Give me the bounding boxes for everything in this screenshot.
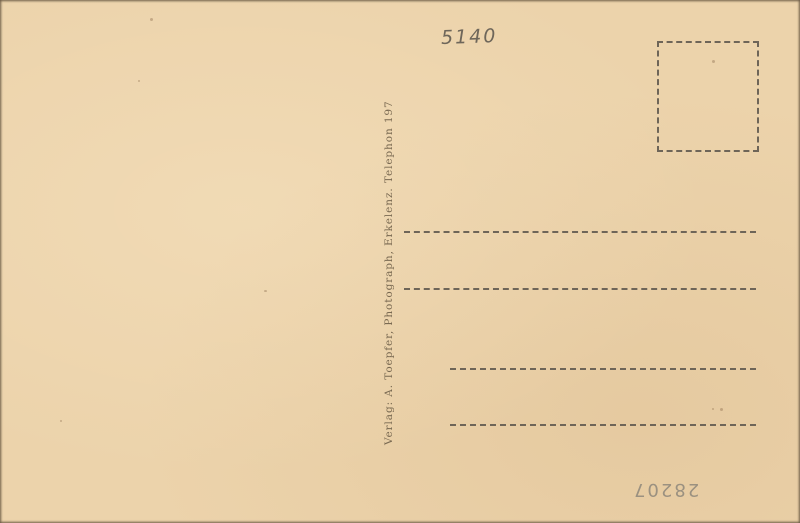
paper-speck: [712, 408, 714, 410]
stamp-box: [657, 41, 759, 152]
address-line-3: [450, 368, 756, 370]
pencil-note-bottom-right: 28207: [632, 479, 699, 500]
address-line-4: [450, 424, 756, 426]
paper-speck: [60, 420, 62, 422]
pencil-note-top: 5140: [441, 25, 498, 49]
paper-speck: [720, 408, 723, 411]
paper-speck: [138, 80, 140, 82]
paper-speck: [150, 18, 153, 21]
address-line-2: [404, 288, 756, 290]
address-line-1: [404, 231, 756, 233]
postcard-back: 5140 Verlag: A. Toepfer, Photograph, Erk…: [0, 0, 800, 523]
publisher-imprint: Verlag: A. Toepfer, Photograph, Erkelenz…: [383, 100, 395, 445]
paper-speck: [264, 290, 267, 292]
